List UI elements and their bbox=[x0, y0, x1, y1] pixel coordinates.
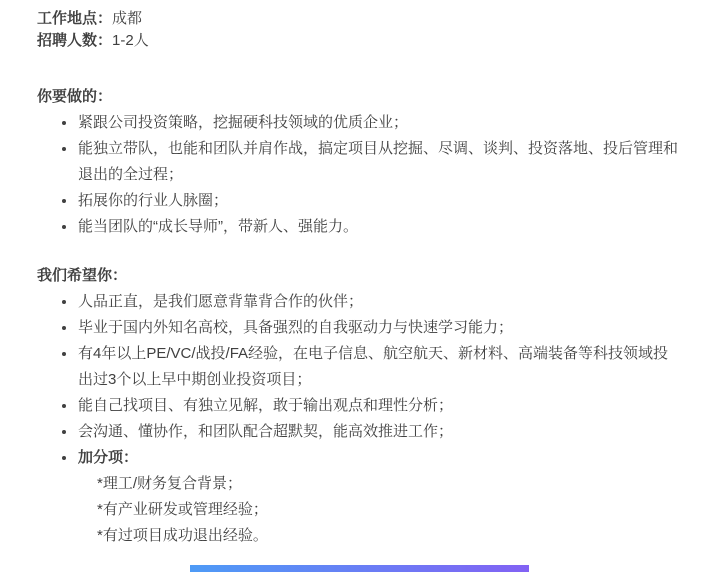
requirements-list: 人品正直，是我们愿意背靠背合作的伙伴； 毕业于国内外知名高校，具备强烈的自我驱动… bbox=[37, 289, 682, 549]
job-headcount-row: 招聘人数：1-2人 bbox=[37, 30, 682, 52]
job-headcount-value: 1-2人 bbox=[112, 32, 149, 49]
bonus-sub-item: *理工/财务复合背景； bbox=[78, 471, 682, 497]
job-location-label: 工作地点： bbox=[37, 10, 112, 27]
responsibilities-list: 紧跟公司投资策略，挖掘硬科技领域的优质企业； 能独立带队，也能和团队并肩作战，搞… bbox=[37, 110, 682, 240]
job-location-value: 成都 bbox=[112, 10, 142, 27]
list-item: 毕业于国内外知名高校，具备强烈的自我驱动力与快速学习能力； bbox=[62, 315, 682, 341]
job-headcount-label: 招聘人数： bbox=[37, 32, 112, 49]
list-item: 拓展你的行业人脉圈； bbox=[62, 188, 682, 214]
list-item: 能自己找项目、有独立见解，敢于输出观点和理性分析； bbox=[62, 393, 682, 419]
job-posting-page: 工作地点：成都 招聘人数：1-2人 你要做的： 紧跟公司投资策略，挖掘硬科技领域… bbox=[0, 0, 719, 584]
list-item: 有4年以上PE/VC/战投/FA经验，在电子信息、航空航天、新材料、高端装备等科… bbox=[62, 341, 682, 393]
list-item: 能独立带队，也能和团队并肩作战，搞定项目从挖掘、尽调、谈判、投资落地、投后管理和… bbox=[62, 136, 682, 188]
section-responsibilities-title: 你要做的： bbox=[37, 84, 682, 110]
list-item-bonus: 加分项： *理工/财务复合背景； *有产业研发或管理经验； *有过项目成功退出经… bbox=[62, 445, 682, 549]
bonus-sub-item: *有产业研发或管理经验； bbox=[78, 497, 682, 523]
list-item: 人品正直，是我们愿意背靠背合作的伙伴； bbox=[62, 289, 682, 315]
gradient-divider-bar bbox=[190, 565, 529, 572]
section-requirements-title: 我们希望你： bbox=[37, 263, 682, 289]
bonus-title: 加分项： bbox=[78, 449, 138, 466]
list-item: 紧跟公司投资策略，挖掘硬科技领域的优质企业； bbox=[62, 110, 682, 136]
bonus-sub-item: *有过项目成功退出经验。 bbox=[78, 523, 682, 549]
section-responsibilities: 你要做的： 紧跟公司投资策略，挖掘硬科技领域的优质企业； 能独立带队，也能和团队… bbox=[37, 84, 682, 240]
list-item: 会沟通、懂协作，和团队配合超默契，能高效推进工作； bbox=[62, 419, 682, 445]
list-item: 能当团队的“成长导师”，带新人、强能力。 bbox=[62, 214, 682, 240]
section-requirements: 我们希望你： 人品正直，是我们愿意背靠背合作的伙伴； 毕业于国内外知名高校，具备… bbox=[37, 263, 682, 549]
job-location-row: 工作地点：成都 bbox=[37, 8, 682, 30]
